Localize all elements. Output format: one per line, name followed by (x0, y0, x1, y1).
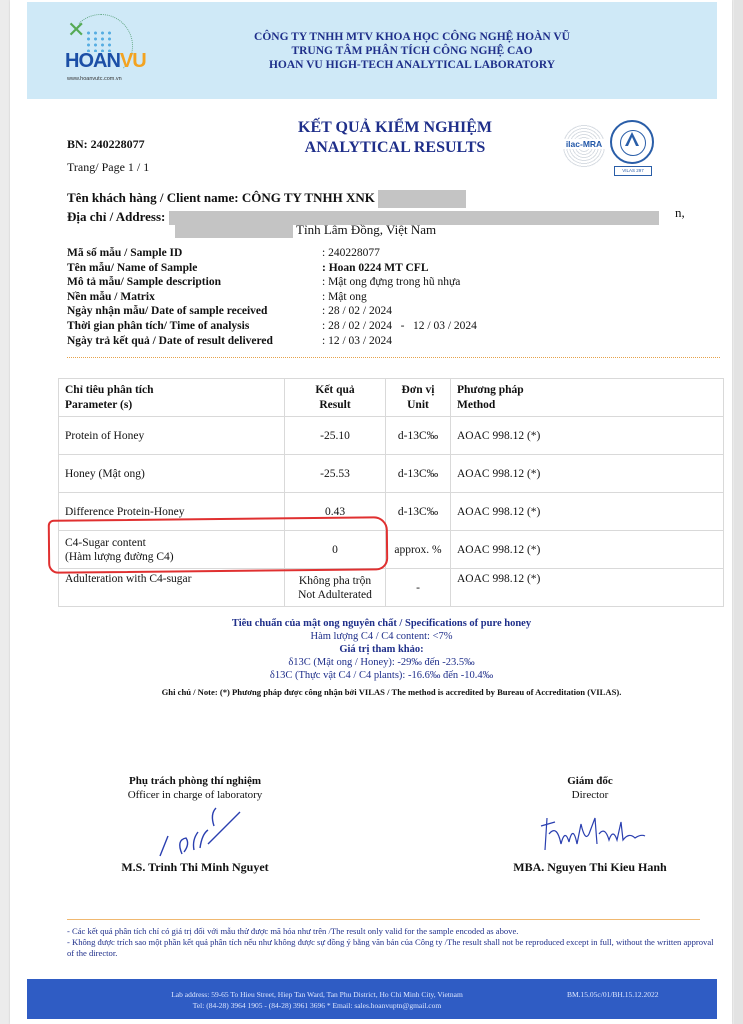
sample-row: Mã số mẫu / Sample ID: 240228077 (67, 246, 477, 261)
sample-row: Ngày trả kết quả / Date of result delive… (67, 334, 477, 349)
sample-info: Mã số mẫu / Sample ID: 240228077 Tên mẫu… (67, 246, 477, 348)
specifications: Tiêu chuẩn của mật ong nguyên chất / Spe… (110, 617, 653, 682)
sample-row: Thời gian phân tích/ Time of analysis: 2… (67, 319, 477, 334)
logo-dots-icon (85, 30, 115, 52)
lab-address: Lab address: 59-65 To Hieu Street, Hiep … (127, 989, 507, 1011)
ilac-mra-icon: ilac-MRA (562, 124, 606, 168)
logo-atom-icon: ✕ (67, 18, 85, 43)
disclaimer: - Các kết quả phân tích chỉ có giá trị đ… (67, 926, 717, 960)
results-table: Chỉ tiêu phân tíchParameter (s) Kết quảR… (58, 378, 724, 607)
batch-number: BN: 240228077 (67, 137, 145, 152)
form-code: BM.15.05c/01/BH.15.12.2022 (567, 990, 658, 999)
sample-row: Ngày nhận mẫu/ Date of sample received: … (67, 304, 477, 319)
document-title: KẾT QUẢ KIỂM NGHIỆM ANALYTICAL RESULTS (255, 118, 535, 158)
table-row: Adulteration with C4-sugar Không pha trộ… (59, 569, 724, 607)
signature-director: Giám đốc Director MBA. Nguyen Thi Kieu H… (485, 774, 695, 884)
vilas-badge: VILAS 297 (614, 166, 652, 176)
signature-mark-icon (485, 804, 695, 860)
sample-row: Nền mẫu / Matrix: Mật ong (67, 290, 477, 305)
boa-accreditation-icon (610, 120, 654, 164)
red-highlight-annotation (48, 516, 389, 574)
sample-row: Mô tả mẫu/ Sample description: Mật ong đ… (67, 275, 477, 290)
client-block: Tên khách hàng / Client name: CÔNG TY TN… (67, 189, 659, 225)
table-row: Honey (Mật ong) -25.53 d-13C‰ AOAC 998.1… (59, 455, 724, 493)
redacted-block (175, 224, 293, 238)
signature-officer: Phụ trách phòng thí nghiệm Officer in ch… (90, 774, 300, 884)
table-row: Protein of Honey -25.10 d-13C‰ AOAC 998.… (59, 417, 724, 455)
redacted-block (378, 190, 466, 208)
address-tail: n, (675, 205, 685, 221)
client-name: CÔNG TY TNHH XNK (242, 190, 375, 205)
address-line2: Tỉnh Lâm Đồng, Việt Nam (175, 222, 436, 238)
report-page: ✕ HOANVU www.hoanvutc.com.vn CÔNG TY TNH… (10, 0, 732, 1024)
accreditation-logos: ilac-MRA VILAS 297 (562, 120, 682, 176)
table-header: Chỉ tiêu phân tíchParameter (s) Kết quảR… (59, 379, 724, 417)
signature-mark-icon (90, 804, 300, 860)
sample-row: Tên mẫu/ Name of Sample: Hoan 0224 MT CF… (67, 261, 477, 276)
accreditation-note: Ghi chú / Note: (*) Phương pháp được côn… (70, 687, 713, 697)
page-edge (734, 0, 743, 1024)
logo-url: www.hoanvutc.com.vn (67, 76, 122, 82)
divider (67, 357, 720, 358)
company-name: CÔNG TY TNHH MTV KHOA HỌC CÔNG NGHỆ HOÀN… (197, 30, 627, 72)
divider (67, 919, 700, 920)
footer-band: Lab address: 59-65 To Hieu Street, Hiep … (27, 979, 717, 1019)
company-logo: ✕ HOANVU www.hoanvutc.com.vn (65, 12, 135, 90)
page-number: Trang/ Page 1 / 1 (67, 160, 149, 175)
logo-wordmark: HOANVU (65, 50, 146, 73)
header-band: ✕ HOANVU www.hoanvutc.com.vn CÔNG TY TNH… (27, 2, 717, 99)
